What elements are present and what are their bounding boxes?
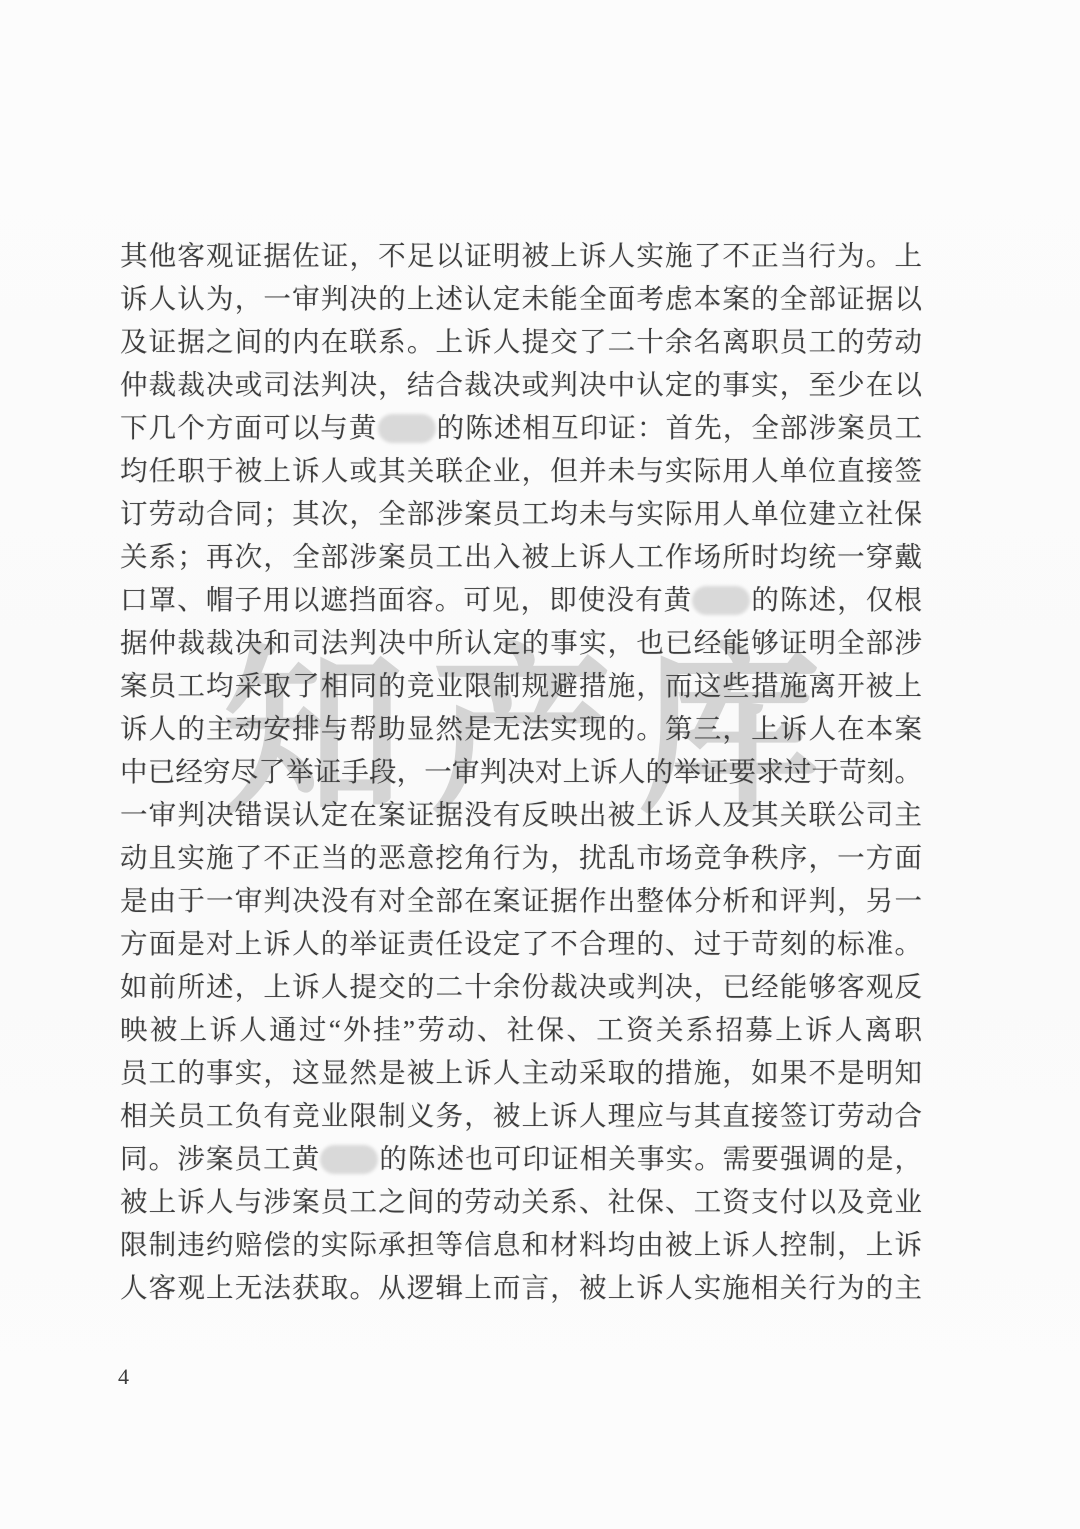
redaction-blur (320, 1145, 378, 1174)
text-segment: 映被上诉人通过“外挂”劳动、社保、工资关系招募上诉人离职 (120, 1014, 922, 1045)
text-segment: 的陈述相互印证：首先，全部涉案员工 (436, 412, 922, 443)
text-line: 限制违约赔偿的实际承担等信息和材料均由被上诉人控制，上诉 (120, 1223, 922, 1266)
redaction-blur (378, 414, 436, 443)
text-line: 动且实施了不正当的恶意挖角行为，扰乱市场竞争秩序，一方面 (120, 836, 922, 879)
text-segment: 诉人的主动安排与帮助显然是无法实现的。第三，上诉人在本案 (120, 713, 922, 744)
text-segment: 订劳动合同；其次，全部涉案员工均未与实际用人单位建立社保 (120, 498, 922, 529)
text-segment: 据仲裁裁决和司法判决中所认定的事实，也已经能够证明全部涉 (120, 627, 922, 658)
text-segment: 口罩、帽子用以遮挡面容。可见，即使没有黄 (120, 584, 692, 615)
text-segment: 的陈述，仅根 (750, 584, 922, 615)
text-segment: 被上诉人与涉案员工之间的劳动关系、社保、工资支付以及竞业 (120, 1186, 922, 1217)
text-line: 均任职于被上诉人或其关联企业，但并未与实际用人单位直接签 (120, 449, 922, 492)
redaction-blur (692, 586, 750, 615)
text-line: 人客观上无法获取。从逻辑上而言，被上诉人实施相关行为的主 (120, 1266, 922, 1309)
text-line: 如前所述，上诉人提交的二十余份裁决或判决，已经能够客观反 (120, 965, 922, 1008)
text-segment: 方面是对上诉人的举证责任设定了不合理的、过于苛刻的标准。 (120, 928, 922, 959)
text-line: 据仲裁裁决和司法判决中所认定的事实，也已经能够证明全部涉 (120, 621, 922, 664)
text-line: 方面是对上诉人的举证责任设定了不合理的、过于苛刻的标准。 (120, 922, 922, 965)
page-number: 4 (118, 1364, 129, 1390)
text-line: 及证据之间的内在联系。上诉人提交了二十余名离职员工的劳动 (120, 320, 922, 363)
text-segment: 下几个方面可以与黄 (120, 412, 378, 443)
text-segment: 中已经穷尽了举证手段，一审判决对上诉人的举证要求过于苛刻。 (120, 756, 922, 787)
text-segment: 的陈述也可印证相关事实。需要强调的是， (378, 1143, 922, 1174)
text-line: 口罩、帽子用以遮挡面容。可见，即使没有黄的陈述，仅根 (120, 578, 922, 621)
text-block: 其他客观证据佐证，不足以证明被上诉人实施了不正当行为。上诉人认为，一审判决的上述… (120, 234, 922, 1309)
text-line: 案员工均采取了相同的竞业限制规避措施，而这些措施离开被上 (120, 664, 922, 707)
text-segment: 案员工均采取了相同的竞业限制规避措施，而这些措施离开被上 (120, 670, 922, 701)
text-line: 中已经穷尽了举证手段，一审判决对上诉人的举证要求过于苛刻。 (120, 750, 922, 793)
text-segment: 员工的事实，这显然是被上诉人主动采取的措施，如果不是明知 (120, 1057, 922, 1088)
text-segment: 相关员工负有竞业限制义务，被上诉人理应与其直接签订劳动合 (120, 1100, 922, 1131)
text-segment: 如前所述，上诉人提交的二十余份裁决或判决，已经能够客观反 (120, 971, 922, 1002)
text-segment: 一审判决错误认定在案证据没有反映出被上诉人及其关联公司主 (120, 799, 922, 830)
document-page: 知产库 其他客观证据佐证，不足以证明被上诉人实施了不正当行为。上诉人认为，一审判… (0, 0, 1080, 1529)
text-line: 关系；再次，全部涉案员工出入被上诉人工作场所时均统一穿戴 (120, 535, 922, 578)
text-segment: 限制违约赔偿的实际承担等信息和材料均由被上诉人控制，上诉 (120, 1229, 922, 1260)
text-segment: 同。涉案员工黄 (120, 1143, 320, 1174)
text-segment: 均任职于被上诉人或其关联企业，但并未与实际用人单位直接签 (120, 455, 922, 486)
text-segment: 动且实施了不正当的恶意挖角行为，扰乱市场竞争秩序，一方面 (120, 842, 922, 873)
text-line: 诉人的主动安排与帮助显然是无法实现的。第三，上诉人在本案 (120, 707, 922, 750)
text-segment: 关系；再次，全部涉案员工出入被上诉人工作场所时均统一穿戴 (120, 541, 922, 572)
text-line: 被上诉人与涉案员工之间的劳动关系、社保、工资支付以及竞业 (120, 1180, 922, 1223)
text-segment: 其他客观证据佐证，不足以证明被上诉人实施了不正当行为。上 (120, 240, 922, 271)
text-line: 映被上诉人通过“外挂”劳动、社保、工资关系招募上诉人离职 (120, 1008, 922, 1051)
text-line: 同。涉案员工黄的陈述也可印证相关事实。需要强调的是， (120, 1137, 922, 1180)
text-segment: 及证据之间的内在联系。上诉人提交了二十余名离职员工的劳动 (120, 326, 922, 357)
text-line: 员工的事实，这显然是被上诉人主动采取的措施，如果不是明知 (120, 1051, 922, 1094)
text-line: 是由于一审判决没有对全部在案证据作出整体分析和评判，另一 (120, 879, 922, 922)
text-line: 订劳动合同；其次，全部涉案员工均未与实际用人单位建立社保 (120, 492, 922, 535)
text-segment: 诉人认为，一审判决的上述认定未能全面考虑本案的全部证据以 (120, 283, 922, 314)
text-line: 诉人认为，一审判决的上述认定未能全面考虑本案的全部证据以 (120, 277, 922, 320)
text-segment: 人客观上无法获取。从逻辑上而言，被上诉人实施相关行为的主 (120, 1272, 922, 1303)
text-segment: 仲裁裁决或司法判决，结合裁决或判决中认定的事实，至少在以 (120, 369, 922, 400)
text-segment: 是由于一审判决没有对全部在案证据作出整体分析和评判，另一 (120, 885, 922, 916)
text-line: 下几个方面可以与黄的陈述相互印证：首先，全部涉案员工 (120, 406, 922, 449)
text-line: 其他客观证据佐证，不足以证明被上诉人实施了不正当行为。上 (120, 234, 922, 277)
text-line: 相关员工负有竞业限制义务，被上诉人理应与其直接签订劳动合 (120, 1094, 922, 1137)
text-line: 仲裁裁决或司法判决，结合裁决或判决中认定的事实，至少在以 (120, 363, 922, 406)
text-line: 一审判决错误认定在案证据没有反映出被上诉人及其关联公司主 (120, 793, 922, 836)
